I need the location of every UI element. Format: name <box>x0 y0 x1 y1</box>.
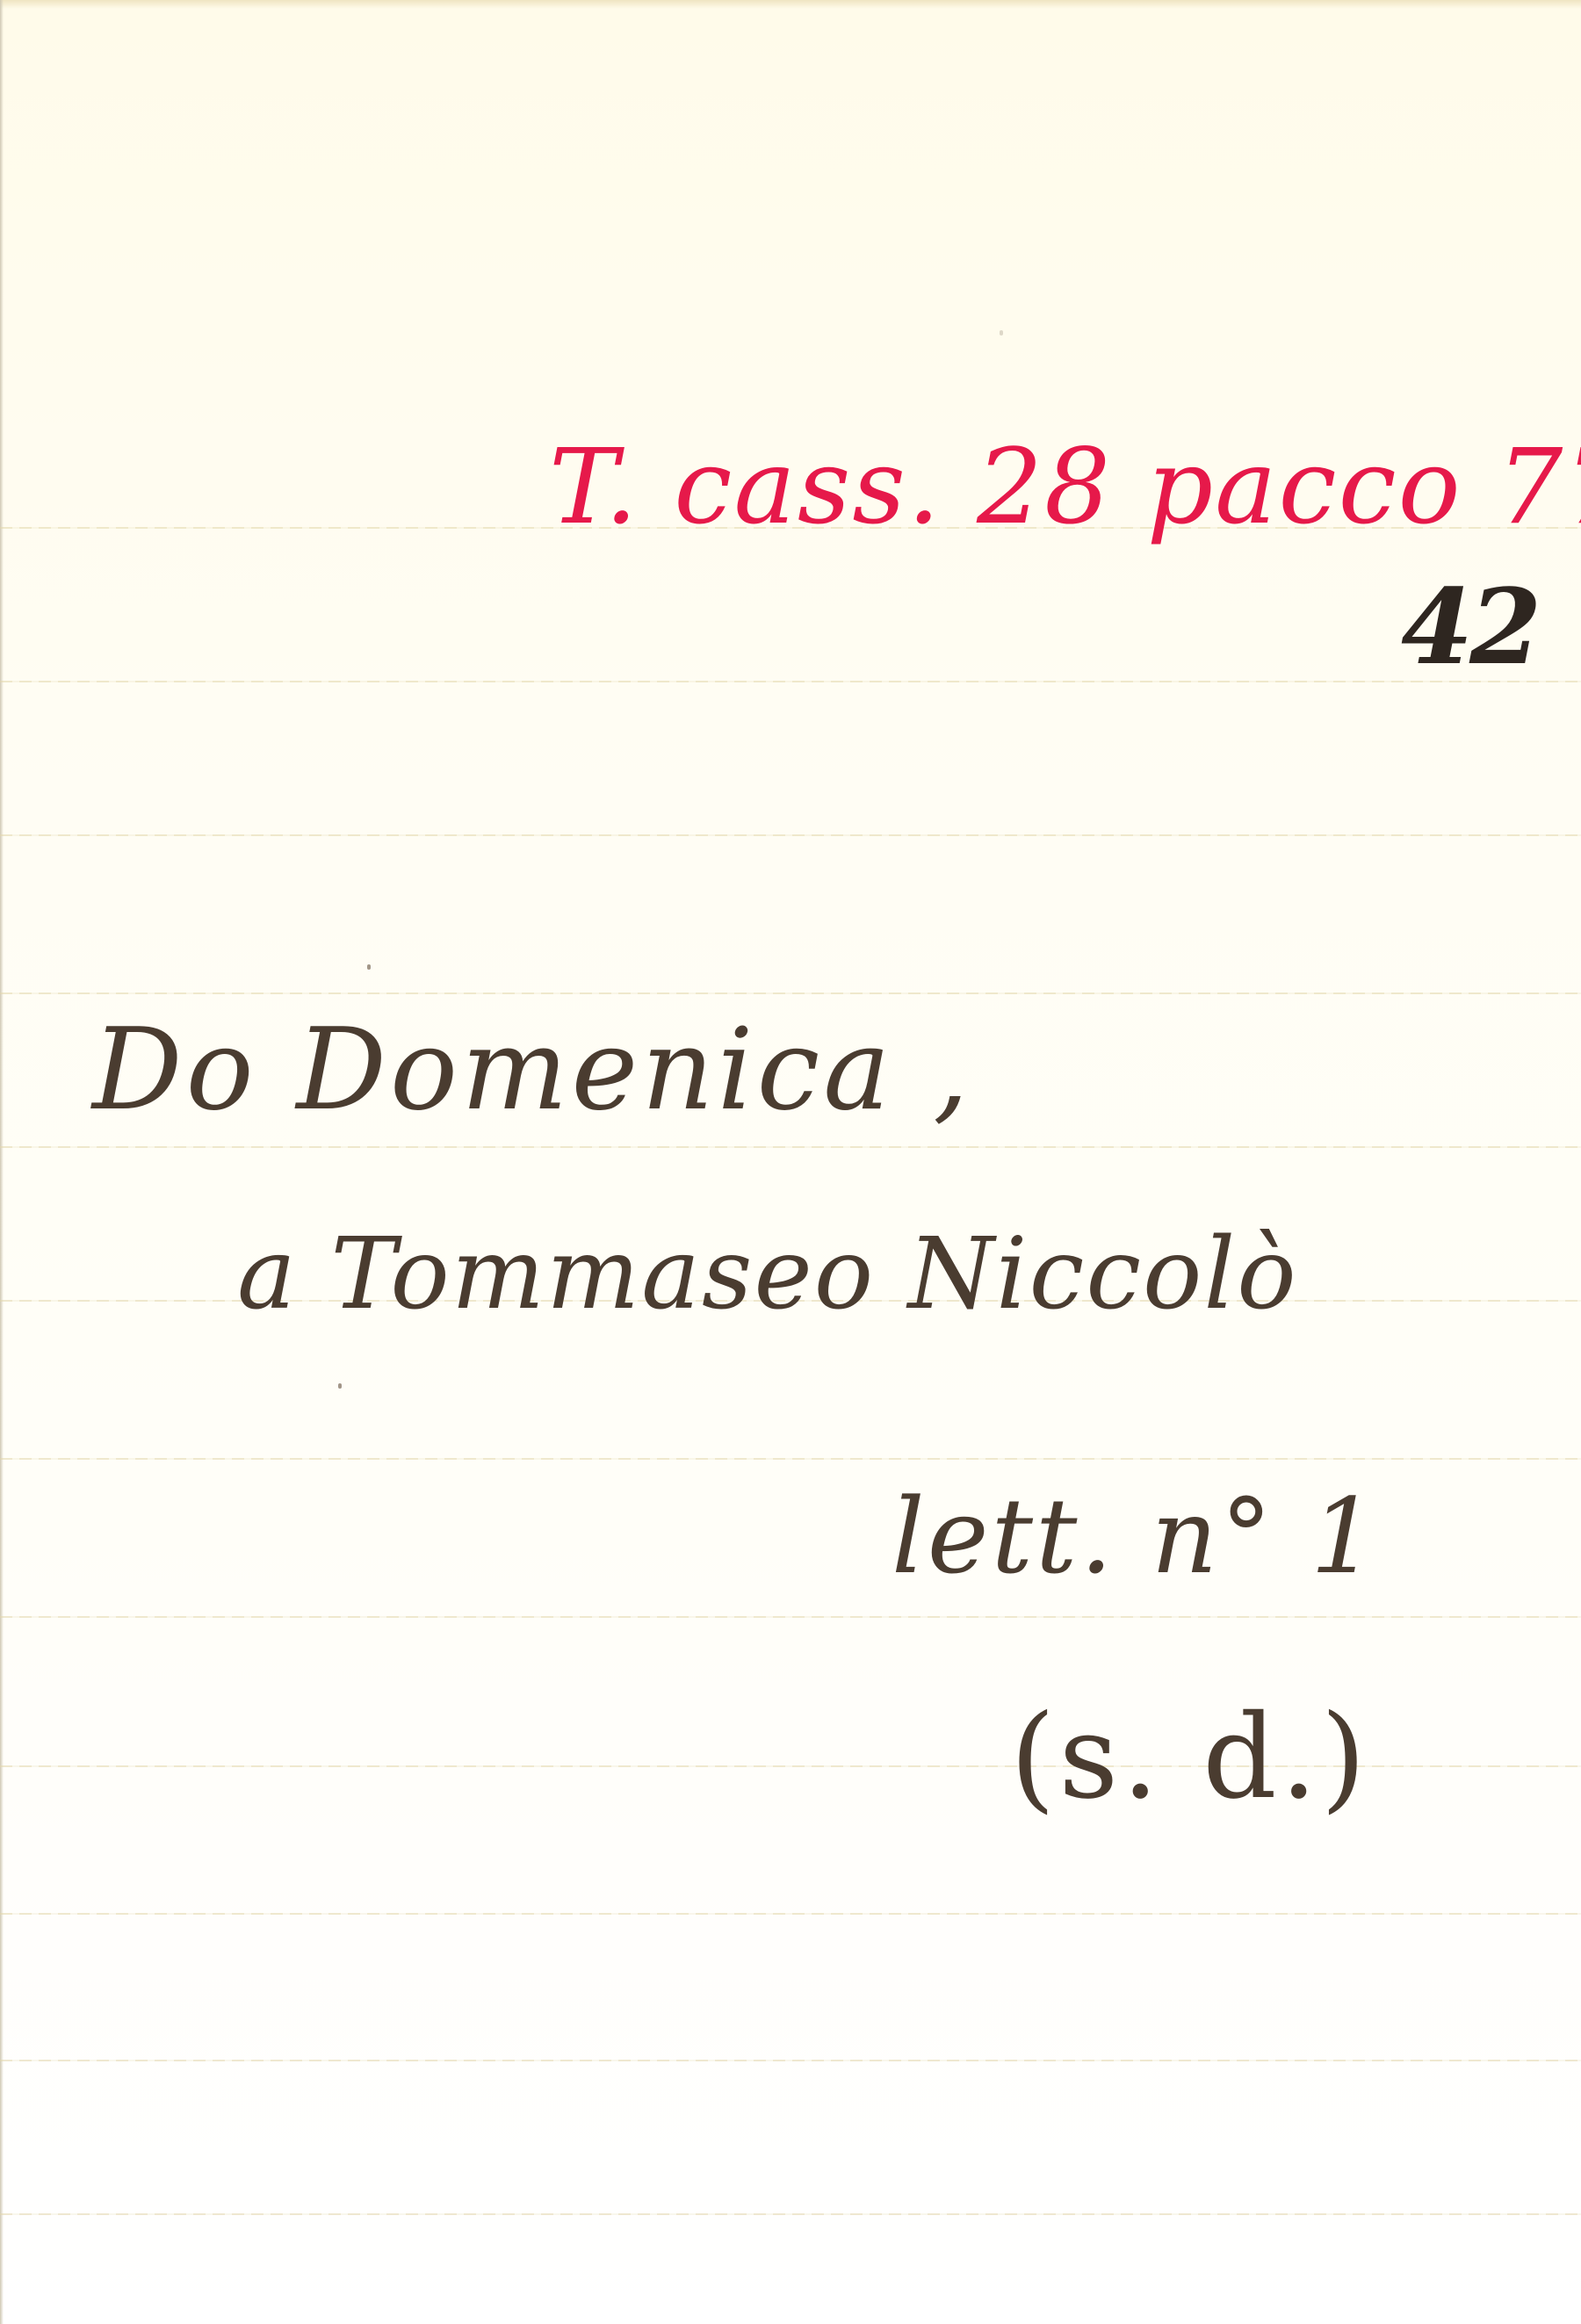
ruled-line <box>0 1913 1581 1915</box>
ruled-line <box>0 1616 1581 1618</box>
archival-index-card: T. cass. 28 pacco 77. 42 Do Domenica , a… <box>0 0 1581 2324</box>
archive-reference: T. cass. 28 pacco 77. <box>549 435 1581 538</box>
recipient-name: a Tommaseo Niccolò <box>237 1225 1298 1324</box>
sender-name: Do Domenica , <box>92 1014 972 1127</box>
card-number: 42 <box>1401 575 1538 679</box>
card-top-edge <box>0 0 1581 9</box>
letter-number: lett. n° 1 <box>892 1484 1379 1588</box>
ruled-line <box>0 2060 1581 2061</box>
ruled-line <box>0 2213 1581 2215</box>
date-note: (s. d.) <box>1010 1700 1369 1815</box>
ruled-line <box>0 681 1581 682</box>
ink-speck <box>1000 330 1003 336</box>
ruled-line <box>0 1458 1581 1460</box>
ruled-line <box>0 1146 1581 1148</box>
card-left-edge <box>0 0 4 2324</box>
ruled-line <box>0 992 1581 994</box>
ink-speck <box>338 1383 342 1389</box>
ruled-line <box>0 834 1581 836</box>
ink-speck <box>367 964 371 970</box>
